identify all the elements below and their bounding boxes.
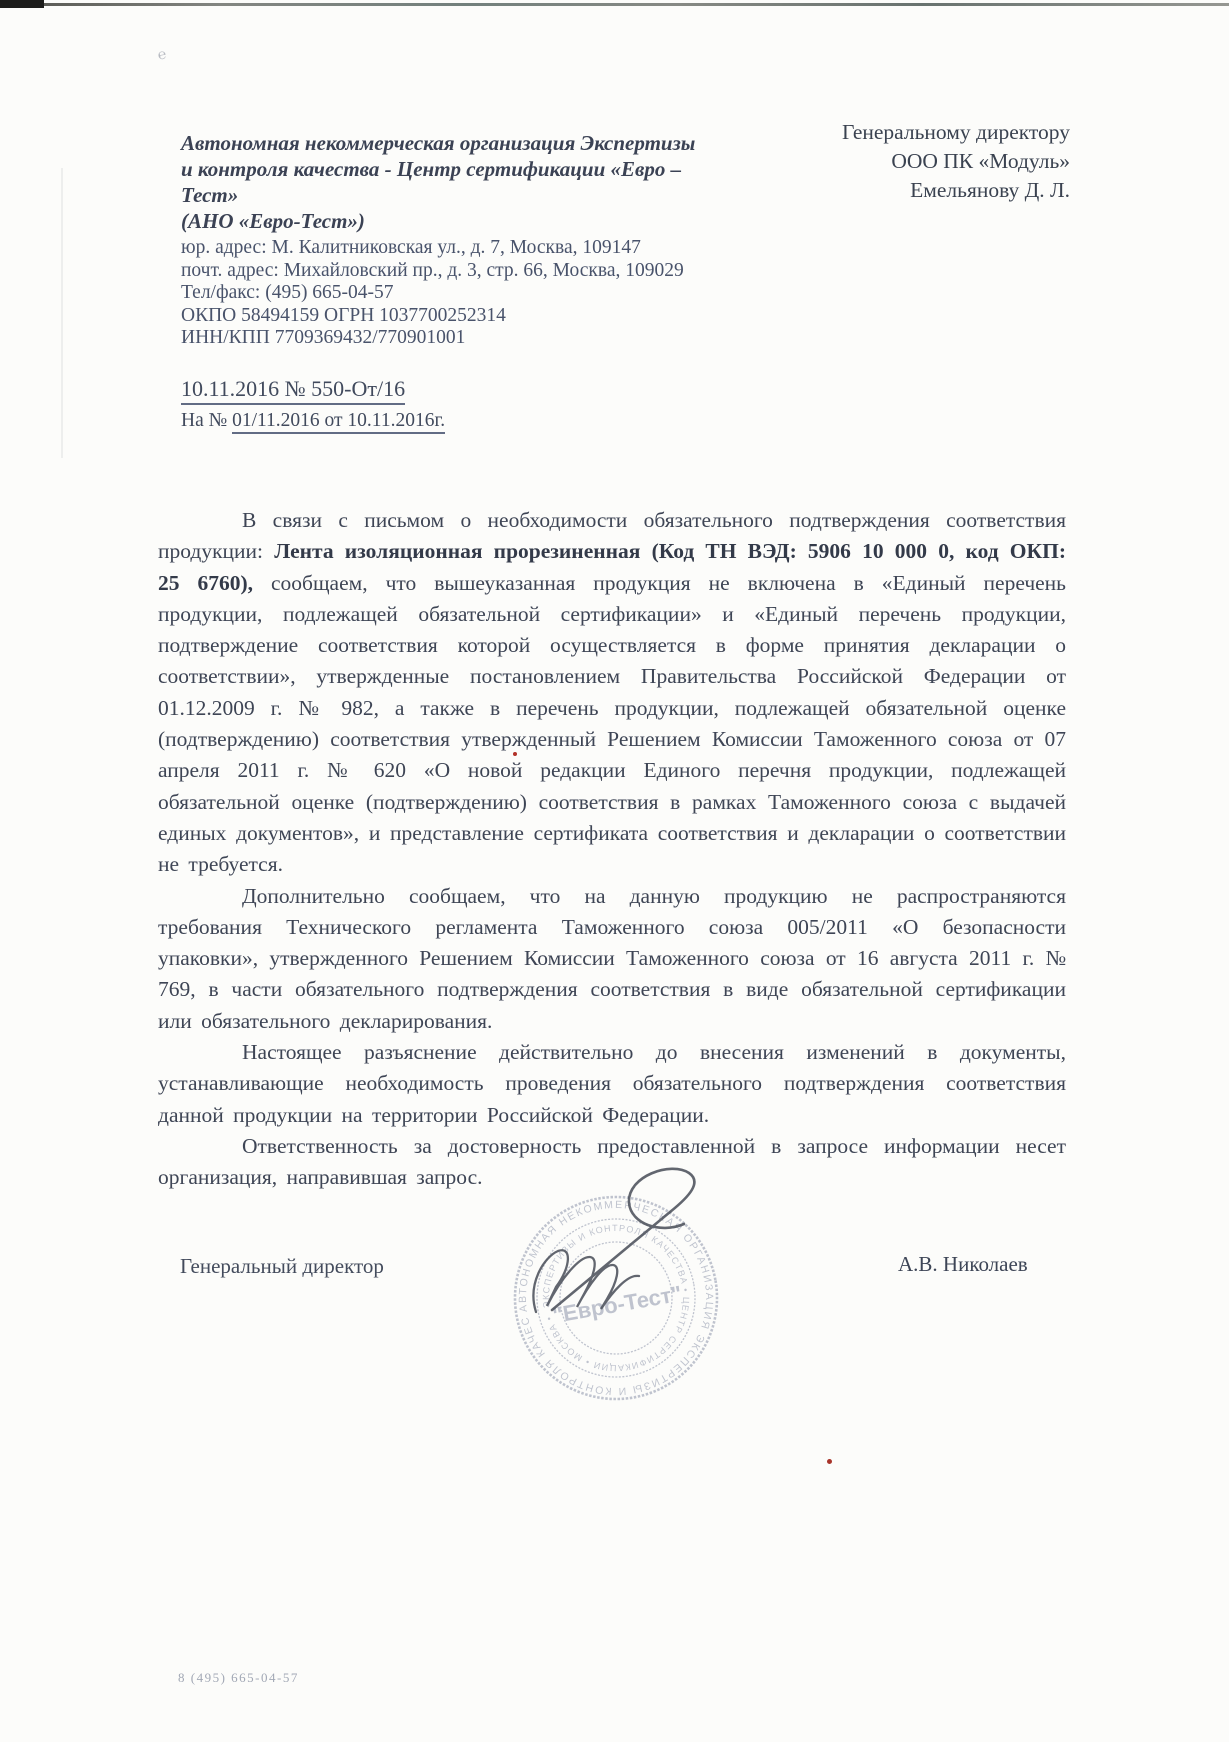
scan-edge-line [0, 3, 1229, 6]
sender-org-name: Автономная некоммерческая организация Эк… [181, 130, 741, 208]
org-name-line: и контроля качества - Центр сертификации… [181, 156, 741, 182]
letter-body: В связи с письмом о необходимости обязат… [158, 505, 1066, 1194]
org-name-line: Тест» [181, 182, 741, 208]
recipient-line: ООО ПК «Модуль» [842, 147, 1070, 176]
paragraph-text: Дополнительно сообщаем, что на данную пр… [158, 884, 1066, 1033]
incoming-number-prefix: На № [181, 410, 232, 431]
sender-org-short-name: (АНО «Евро-Тест») [181, 209, 741, 234]
signer-title: Генеральный директор [180, 1254, 384, 1279]
sender-detail-line: ОКПО 58494159 ОГРН 1037700252314 [181, 305, 741, 328]
recipient-line: Генеральному директору [842, 118, 1070, 147]
incoming-number-line: На № 01/11.2016 от 10.11.2016г. [181, 410, 445, 432]
signature-stroke [552, 1169, 694, 1310]
sender-detail-line: ИНН/КПП 7709369432/770901001 [181, 327, 741, 350]
scan-fold-line [61, 168, 63, 458]
paragraph-text: сообщаем, что вышеуказанная продукция не… [158, 571, 1066, 877]
scanned-letter-page: ℮ Автономная некоммерческая организация … [0, 0, 1229, 1742]
sender-details: юр. адрес: М. Калитниковская ул., д. 7, … [181, 237, 741, 350]
reference-block: 10.11.2016 № 550-От/16 На № 01/11.2016 о… [181, 376, 445, 432]
scan-stray-mark: ℮ [156, 47, 168, 64]
signer-name: А.В. Николаев [898, 1252, 1028, 1277]
outgoing-number: 10.11.2016 № 550-От/16 [181, 376, 405, 405]
sender-letterhead: Автономная некоммерческая организация Эк… [181, 130, 741, 350]
footer-phone: 8 (495) 665-04-57 [178, 1670, 299, 1686]
sender-detail-line: Тел/факс: (495) 665-04-57 [181, 282, 741, 305]
recipient-line: Емельянову Д. Л. [842, 176, 1070, 205]
paragraph: Настоящее разъяснение действительно до в… [158, 1037, 1066, 1131]
recipient-block: Генеральному директоруООО ПК «Модуль»Еме… [842, 118, 1070, 205]
handwritten-signature [505, 1155, 745, 1345]
org-name-line: Автономная некоммерческая организация Эк… [181, 130, 741, 156]
sender-detail-line: юр. адрес: М. Калитниковская ул., д. 7, … [181, 237, 741, 260]
scan-corner-blot [0, 0, 44, 8]
incoming-number: 01/11.2016 от 10.11.2016г. [232, 410, 445, 434]
sender-detail-line: почт. адрес: Михайловский пр., д. 3, стр… [181, 260, 741, 283]
paragraph: В связи с письмом о необходимости обязат… [158, 505, 1066, 881]
paragraph-text: Настоящее разъяснение действительно до в… [158, 1040, 1066, 1127]
red-speck [827, 1459, 832, 1464]
paragraph: Дополнительно сообщаем, что на данную пр… [158, 881, 1066, 1037]
